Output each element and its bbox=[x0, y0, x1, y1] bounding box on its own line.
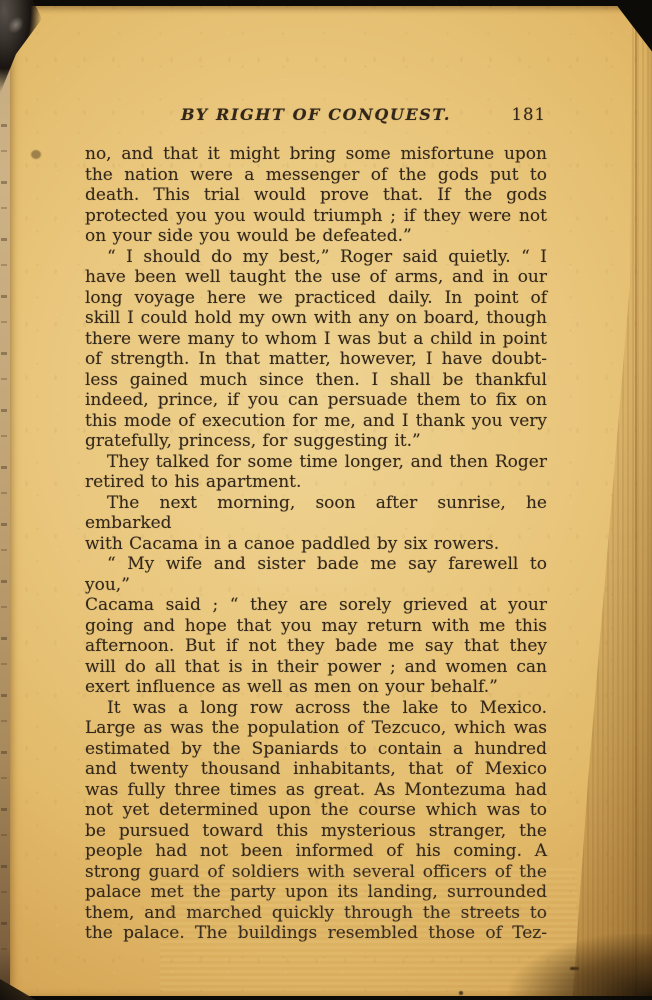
text-line: there were many to whom I was but a chil… bbox=[85, 329, 547, 350]
text-line: long voyage here we practiced daily. In … bbox=[85, 288, 547, 309]
text-line: death. This trial would prove that. If t… bbox=[85, 185, 547, 206]
book-page: BY RIGHT OF CONQUEST. 181 no, and that i… bbox=[10, 6, 652, 996]
facing-page-edge bbox=[0, 4, 11, 997]
text-line: estimated by the Spaniards to contain a … bbox=[85, 739, 547, 760]
text-line: will do all that is in their power ; and… bbox=[85, 657, 547, 678]
book-fore-edge bbox=[542, 6, 652, 996]
text-line: The next morning, soon after sunrise, he… bbox=[85, 493, 547, 534]
text-line: going and hope that you may return with … bbox=[85, 616, 547, 637]
page-speck bbox=[473, 908, 476, 910]
text-line: the nation were a messenger of the gods … bbox=[85, 165, 547, 186]
text-line: this mode of execution for me, and I tha… bbox=[85, 411, 547, 432]
page-number: 181 bbox=[512, 105, 547, 124]
text-line: Large as was the population of Tezcuco, … bbox=[85, 718, 547, 739]
text-line: strong guard of soldiers with several of… bbox=[85, 862, 547, 883]
page-edge-crease bbox=[635, 6, 637, 996]
paragraph: “ I should do my best,” Roger said quiet… bbox=[85, 247, 547, 452]
text-line: indeed, prince, if you can persuade them… bbox=[85, 390, 547, 411]
running-title: BY RIGHT OF CONQUEST. bbox=[85, 105, 547, 124]
text-line: of strength. In that matter, however, I … bbox=[85, 349, 547, 370]
text-block: no, and that it might bring some misfort… bbox=[85, 144, 547, 944]
text-line: be pursued toward this mysterious strang… bbox=[85, 821, 547, 842]
page-header: BY RIGHT OF CONQUEST. 181 bbox=[85, 105, 547, 127]
text-line: on your side you would be defeated.” bbox=[85, 226, 547, 247]
text-line: less gained much since then. I shall be … bbox=[85, 370, 547, 391]
text-line: have been well taught the use of arms, a… bbox=[85, 267, 547, 288]
text-line: retired to his apartment. bbox=[85, 472, 547, 493]
text-line: people had not been informed of his comi… bbox=[85, 841, 547, 862]
text-line: It was a long row across the lake to Mex… bbox=[85, 698, 547, 719]
paragraph: It was a long row across the lake to Mex… bbox=[85, 698, 547, 944]
text-line: “ I should do my best,” Roger said quiet… bbox=[85, 247, 547, 268]
text-line: was fully three times as great. As Monte… bbox=[85, 780, 547, 801]
binding-clip-highlight bbox=[0, 9, 31, 42]
text-line: afternoon. But if not they bade me say t… bbox=[85, 636, 547, 657]
text-line: palace met the party upon its landing, s… bbox=[85, 882, 547, 903]
paragraph: “ My wife and sister bade me say farewel… bbox=[85, 554, 547, 698]
text-line: protected you you would triumph ; if the… bbox=[85, 206, 547, 227]
page-speck bbox=[570, 967, 579, 970]
text-line: and twenty thousand inhabitants, that of… bbox=[85, 759, 547, 780]
text-line: with Cacama in a canoe paddled by six ro… bbox=[85, 534, 547, 555]
paragraph: They talked for some time longer, and th… bbox=[85, 452, 547, 493]
paragraph: no, and that it might bring some misfort… bbox=[85, 144, 547, 247]
paragraph: The next morning, soon after sunrise, he… bbox=[85, 493, 547, 555]
text-line: They talked for some time longer, and th… bbox=[85, 452, 547, 473]
page-speck bbox=[31, 150, 41, 159]
text-line: them, and marched quickly through the st… bbox=[85, 903, 547, 924]
text-line: not yet determined upon the course which… bbox=[85, 800, 547, 821]
text-line: the palace. The buildings resembled thos… bbox=[85, 923, 547, 944]
text-line: Cacama said ; “ they are sorely grieved … bbox=[85, 595, 547, 616]
text-line: gratefully, princess, for suggesting it.… bbox=[85, 431, 547, 452]
page-speck bbox=[459, 991, 463, 995]
book-scan: BY RIGHT OF CONQUEST. 181 no, and that i… bbox=[0, 0, 652, 1000]
text-line: exert influence as well as men on your b… bbox=[85, 677, 547, 698]
text-line: no, and that it might bring some misfort… bbox=[85, 144, 547, 165]
facing-page-text-marks bbox=[1, 124, 7, 957]
text-line: skill I could hold my own with any on bo… bbox=[85, 308, 547, 329]
text-line: “ My wife and sister bade me say farewel… bbox=[85, 554, 547, 595]
